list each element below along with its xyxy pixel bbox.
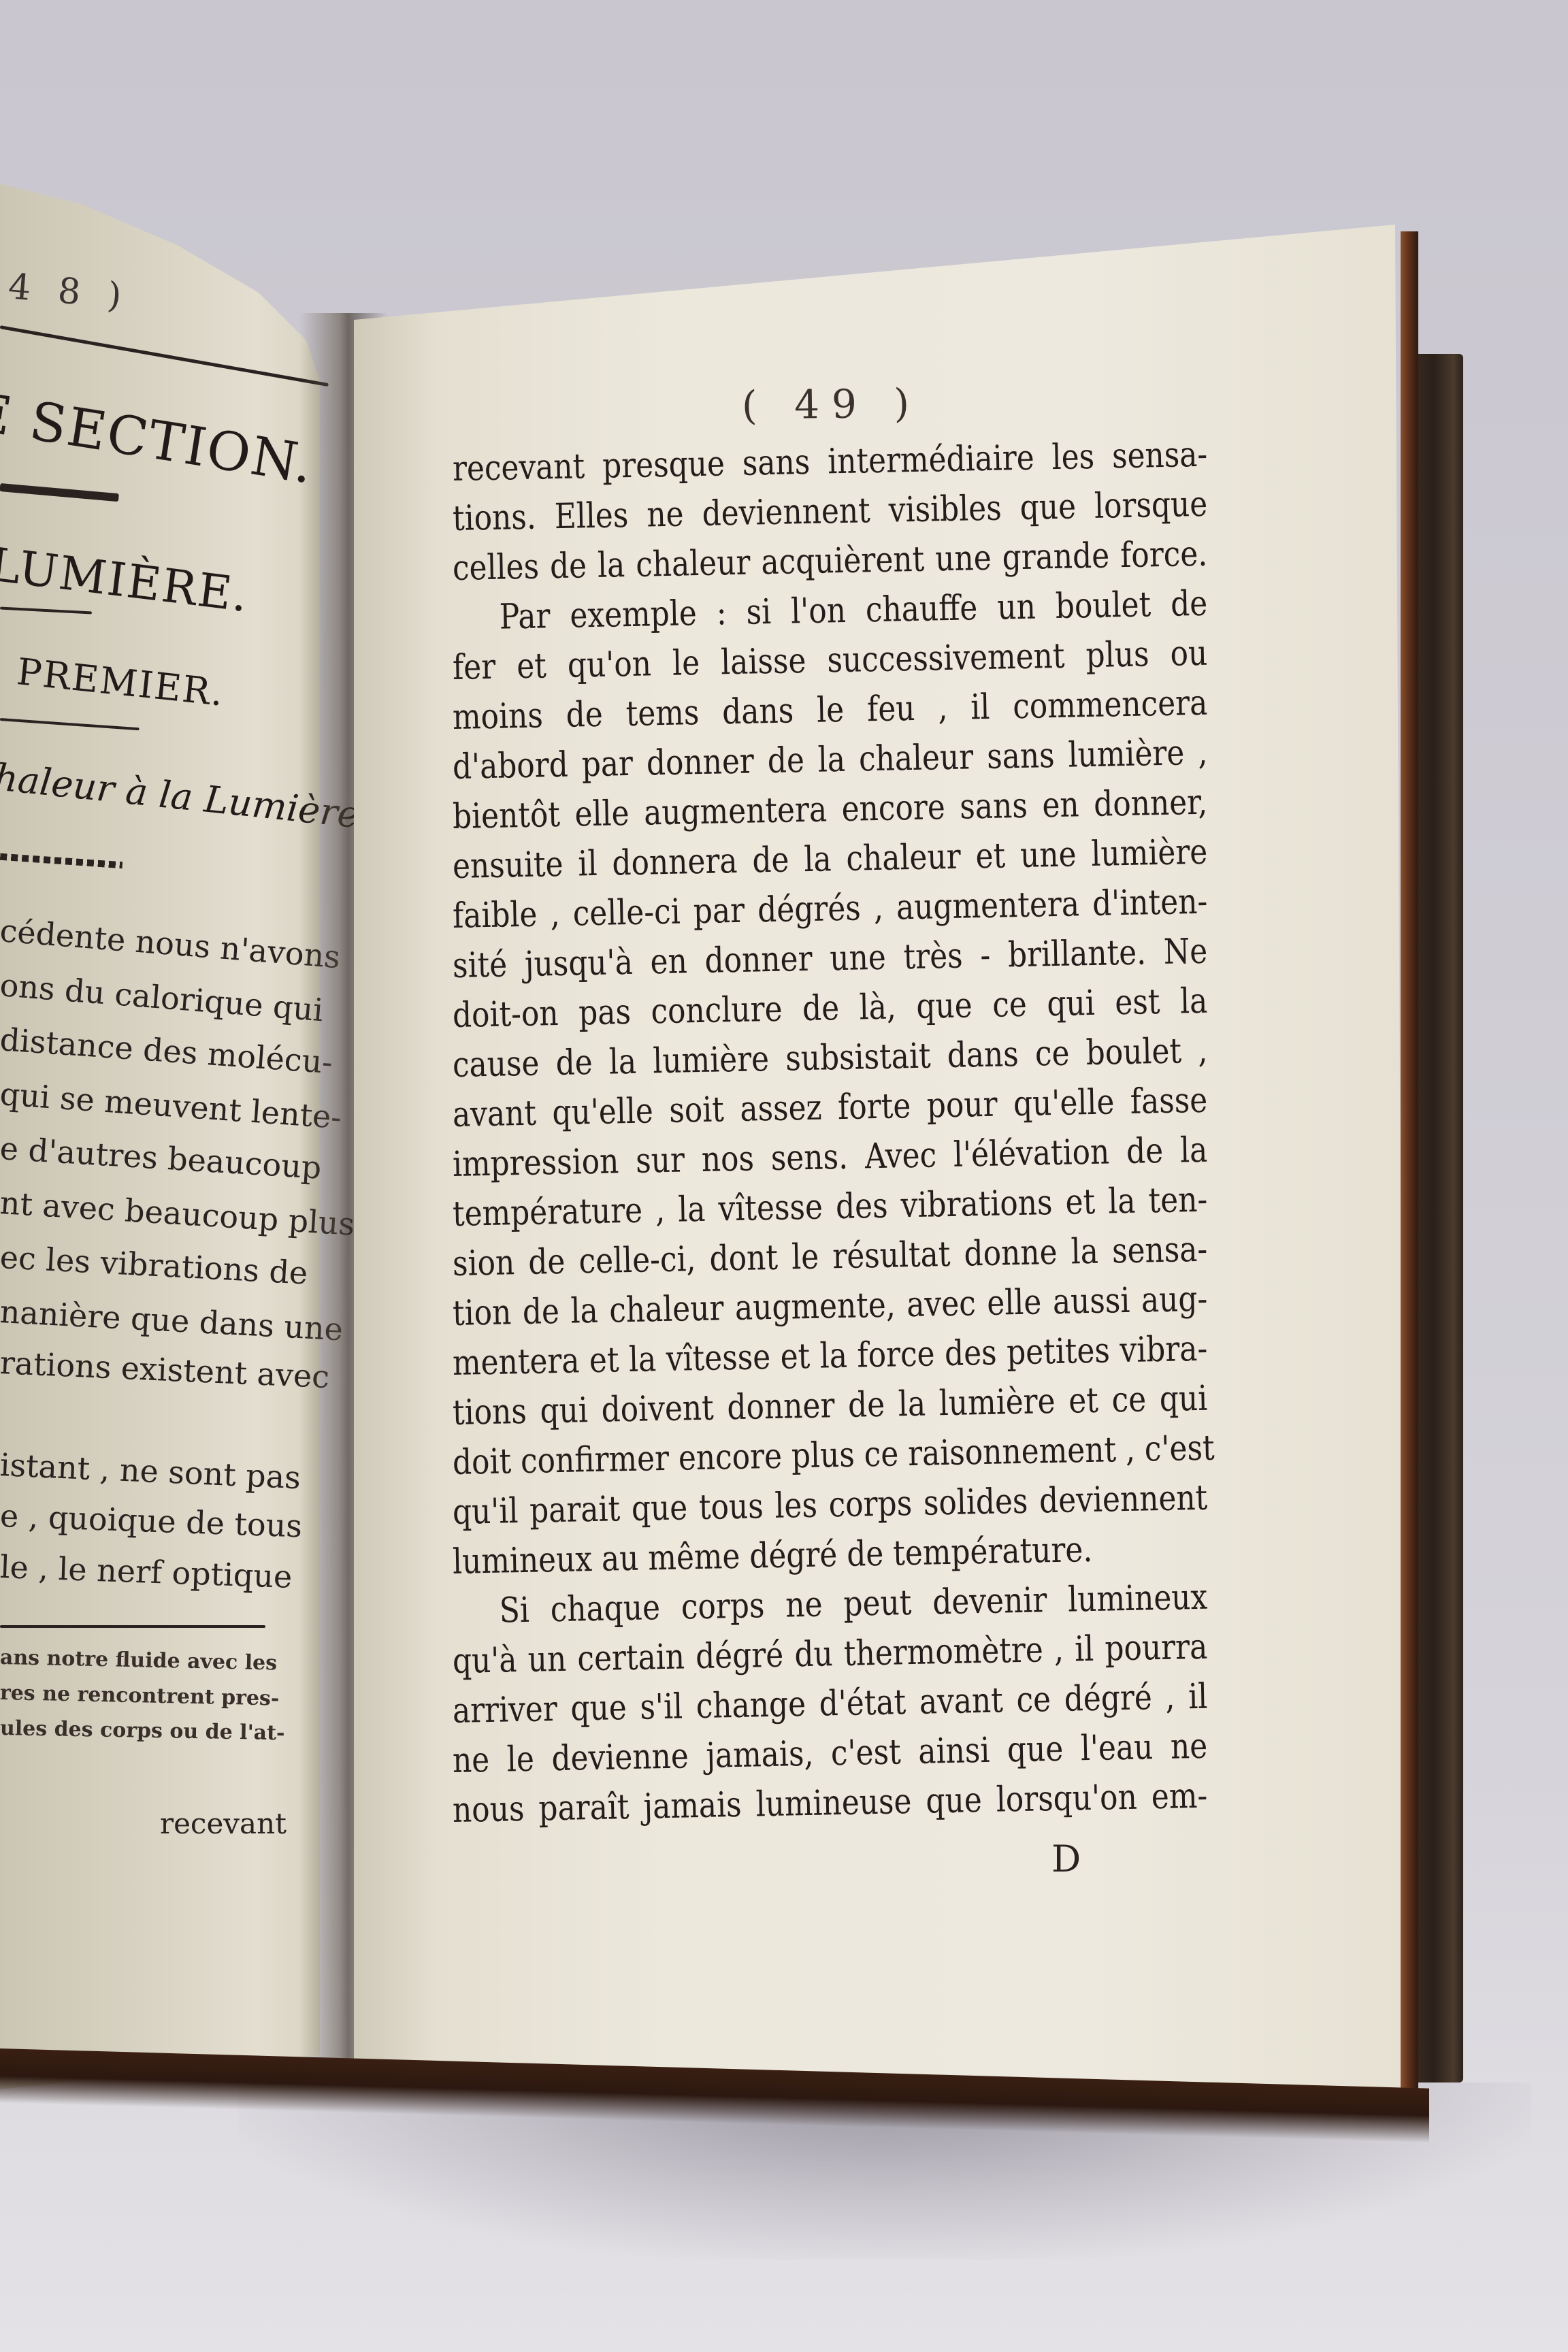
right-page-number: ( 49 ) — [742, 380, 922, 429]
footnote-line: ules des corps ou de l'at- — [0, 1716, 285, 1745]
page-fore-edge — [1401, 231, 1418, 2089]
catchword: recevant — [160, 1807, 287, 1840]
footnote-rule — [0, 1625, 265, 1628]
book-photo-scene: 48) E SECTION. LUMIÈRE. PREMIER. haleur … — [0, 0, 1568, 2352]
signature-mark: D — [1051, 1837, 1081, 1880]
book-cover-edge — [1414, 354, 1463, 2082]
